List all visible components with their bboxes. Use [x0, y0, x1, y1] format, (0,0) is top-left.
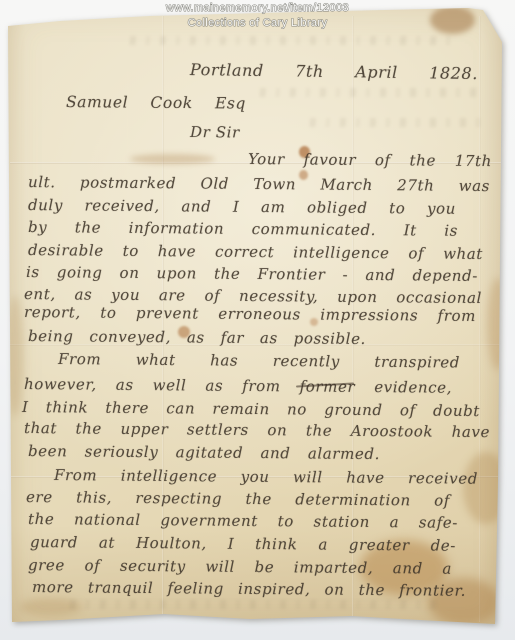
watermark-url: www.mainememory.net/item/12003: [0, 1, 515, 15]
letter-line: is going on upon the Frontier - and depe…: [26, 262, 478, 286]
letter-paper: Portland 7th April 1828. Samuel Cook Esq…: [0, 0, 515, 640]
letter-line: From what has recently transpired: [58, 349, 460, 373]
bleed-through-ghost: [250, 88, 480, 97]
letter-line: ere this, respecting the determination o…: [26, 487, 450, 511]
watermark-caption: www.mainememory.net/item/12003 Collectio…: [0, 0, 515, 30]
letter-recipient: Samuel Cook Esq: [66, 92, 246, 114]
vertical-fold-crease: [479, 16, 481, 622]
letter-photograph: Portland 7th April 1828. Samuel Cook Esq…: [0, 0, 515, 640]
paper-stain: [130, 154, 215, 164]
letter-line: guard at Houlton, I think a greater de-: [30, 532, 456, 556]
letter-line: that the upper settlers on the Aroostook…: [24, 418, 490, 442]
letter-line: desirable to have correct intelligence o…: [28, 240, 483, 264]
bleed-through-ghost: [60, 600, 440, 609]
letter-line: From intelligence you will have received: [54, 465, 478, 489]
bleed-through-ghost: [120, 36, 450, 45]
letter-salutation: Dr Sir: [190, 122, 240, 142]
letter-dateline: Portland 7th April 1828.: [190, 60, 478, 84]
paper-sheet: Portland 7th April 1828. Samuel Cook Esq…: [0, 0, 515, 640]
letter-line: ult. postmarked Old Town March 27th was: [28, 172, 490, 196]
letter-line: the national government to station a saf…: [28, 509, 458, 533]
watermark-credit: Collections of Cary Library: [0, 17, 515, 30]
letter-line: however, as well as from former evidence…: [24, 374, 452, 398]
letter-line: gree of security will be imparted, and a: [28, 555, 452, 579]
letter-line: being conveyed, as far as possible.: [28, 326, 366, 349]
letter-line: report, to prevent erroneous impressions…: [24, 302, 476, 326]
letter-line: more tranquil feeling inspired, on the f…: [32, 577, 466, 601]
paper-stain: [487, 278, 509, 370]
letter-line: been seriously agitated and alarmed.: [28, 441, 380, 464]
letter-line: Your favour of the 17th: [248, 149, 492, 171]
letter-line: duly received, and I am obliged to you: [28, 195, 456, 219]
bleed-through-ghost: [300, 118, 480, 127]
letter-line: I think there can remain no ground of do…: [22, 397, 480, 421]
letter-line: by the information communicated. It is: [28, 217, 458, 241]
